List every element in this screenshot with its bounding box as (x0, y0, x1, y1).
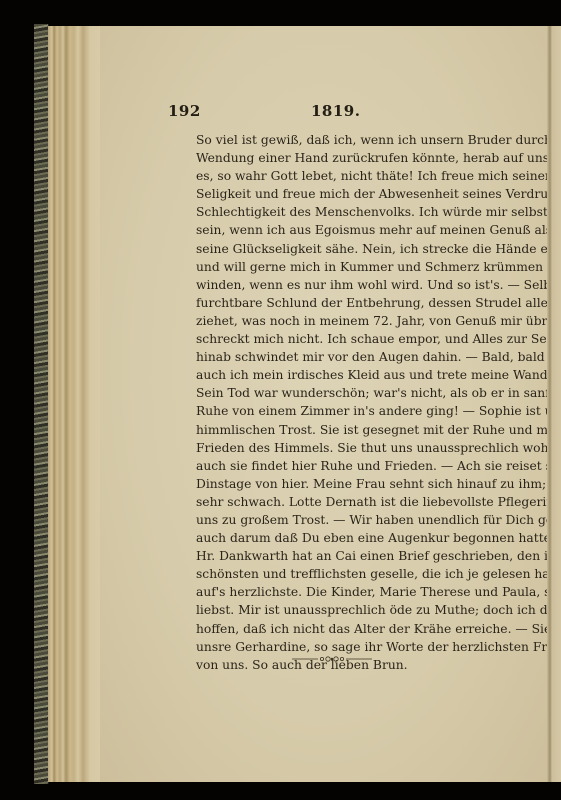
text-line: unsre Gerhardine, so sage ihr Worte der … (168, 638, 523, 656)
page-stack-edges (48, 26, 100, 782)
text-line: schreckt mich nicht. Ich schaue empor, u… (168, 330, 523, 348)
text-line: schönsten und trefflichsten geselle, die… (168, 565, 523, 583)
text-line: furchtbare Schlund der Entbehrung, desse… (168, 294, 523, 312)
text-line: Wendung einer Hand zurückrufen könnte, h… (168, 149, 523, 167)
text-line: auch darum daß Du eben eine Augenkur beg… (168, 529, 523, 547)
running-header: 192 1819. (100, 102, 547, 122)
book: 192 1819. So viel ist gewiß, daß ich, we… (34, 24, 561, 784)
paragraph-2: Sein Tod war wunderschön; war's nicht, a… (168, 384, 523, 547)
text-line: hoffen, daß ich nicht das Alter der Kräh… (168, 620, 523, 638)
running-title: 1819. (311, 102, 360, 120)
text-line: So viel ist gewiß, daß ich, wenn ich uns… (168, 131, 523, 149)
text-line: es, so wahr Gott lebet, nicht thäte! Ich… (168, 167, 523, 185)
text-line: auch ich mein irdisches Kleid aus und tr… (168, 366, 523, 384)
text-line: Seligkeit und freue mich der Abwesenheit… (168, 185, 523, 203)
body-text: So viel ist gewiß, daß ich, wenn ich uns… (168, 131, 523, 674)
text-line: sehr schwach. Lotte Dernath ist die lieb… (168, 493, 523, 511)
text-line: Frieden des Himmels. Sie thut uns unauss… (168, 439, 523, 457)
ornament-flourish-icon (292, 654, 372, 664)
text-line: hinab schwindet mir vor den Augen dahin.… (168, 348, 523, 366)
text-line: ziehet, was noch in meinem 72. Jahr, von… (168, 312, 523, 330)
paragraph-1: So viel ist gewiß, daß ich, wenn ich uns… (168, 131, 523, 384)
text-line: Sein Tod war wunderschön; war's nicht, a… (168, 384, 523, 402)
text-line: uns zu großem Trost. — Wir haben unendli… (168, 511, 523, 529)
text-line: winden, wenn es nur ihm wohl wird. Und s… (168, 276, 523, 294)
book-page: 192 1819. So viel ist gewiß, daß ich, we… (100, 26, 547, 782)
text-line: und will gerne mich in Kummer und Schmer… (168, 258, 523, 276)
text-line: himmlischen Trost. Sie ist gesegnet mit … (168, 421, 523, 439)
text-line: Schlechtigkeit des Menschenvolks. Ich wü… (168, 203, 523, 221)
text-line: sein, wenn ich aus Egoismus mehr auf mei… (168, 221, 523, 239)
text-line: Ruhe von einem Zimmer in's andere ging! … (168, 402, 523, 420)
text-line: seine Glückseligkeit sähe. Nein, ich str… (168, 240, 523, 258)
marbled-cover-edge (34, 24, 49, 784)
text-line: Dinstage von hier. Meine Frau sehnt sich… (168, 475, 523, 493)
text-line: liebst. Mir ist unaussprechlich öde zu M… (168, 601, 523, 619)
text-line: auch sie findet hier Ruhe und Frieden. —… (168, 457, 523, 475)
page-gutter (547, 26, 561, 782)
page-number: 192 (168, 102, 201, 120)
text-line: auf's herzlichste. Die Kinder, Marie The… (168, 583, 523, 601)
text-line: Hr. Dankwarth hat an Cai einen Brief ges… (168, 547, 523, 565)
